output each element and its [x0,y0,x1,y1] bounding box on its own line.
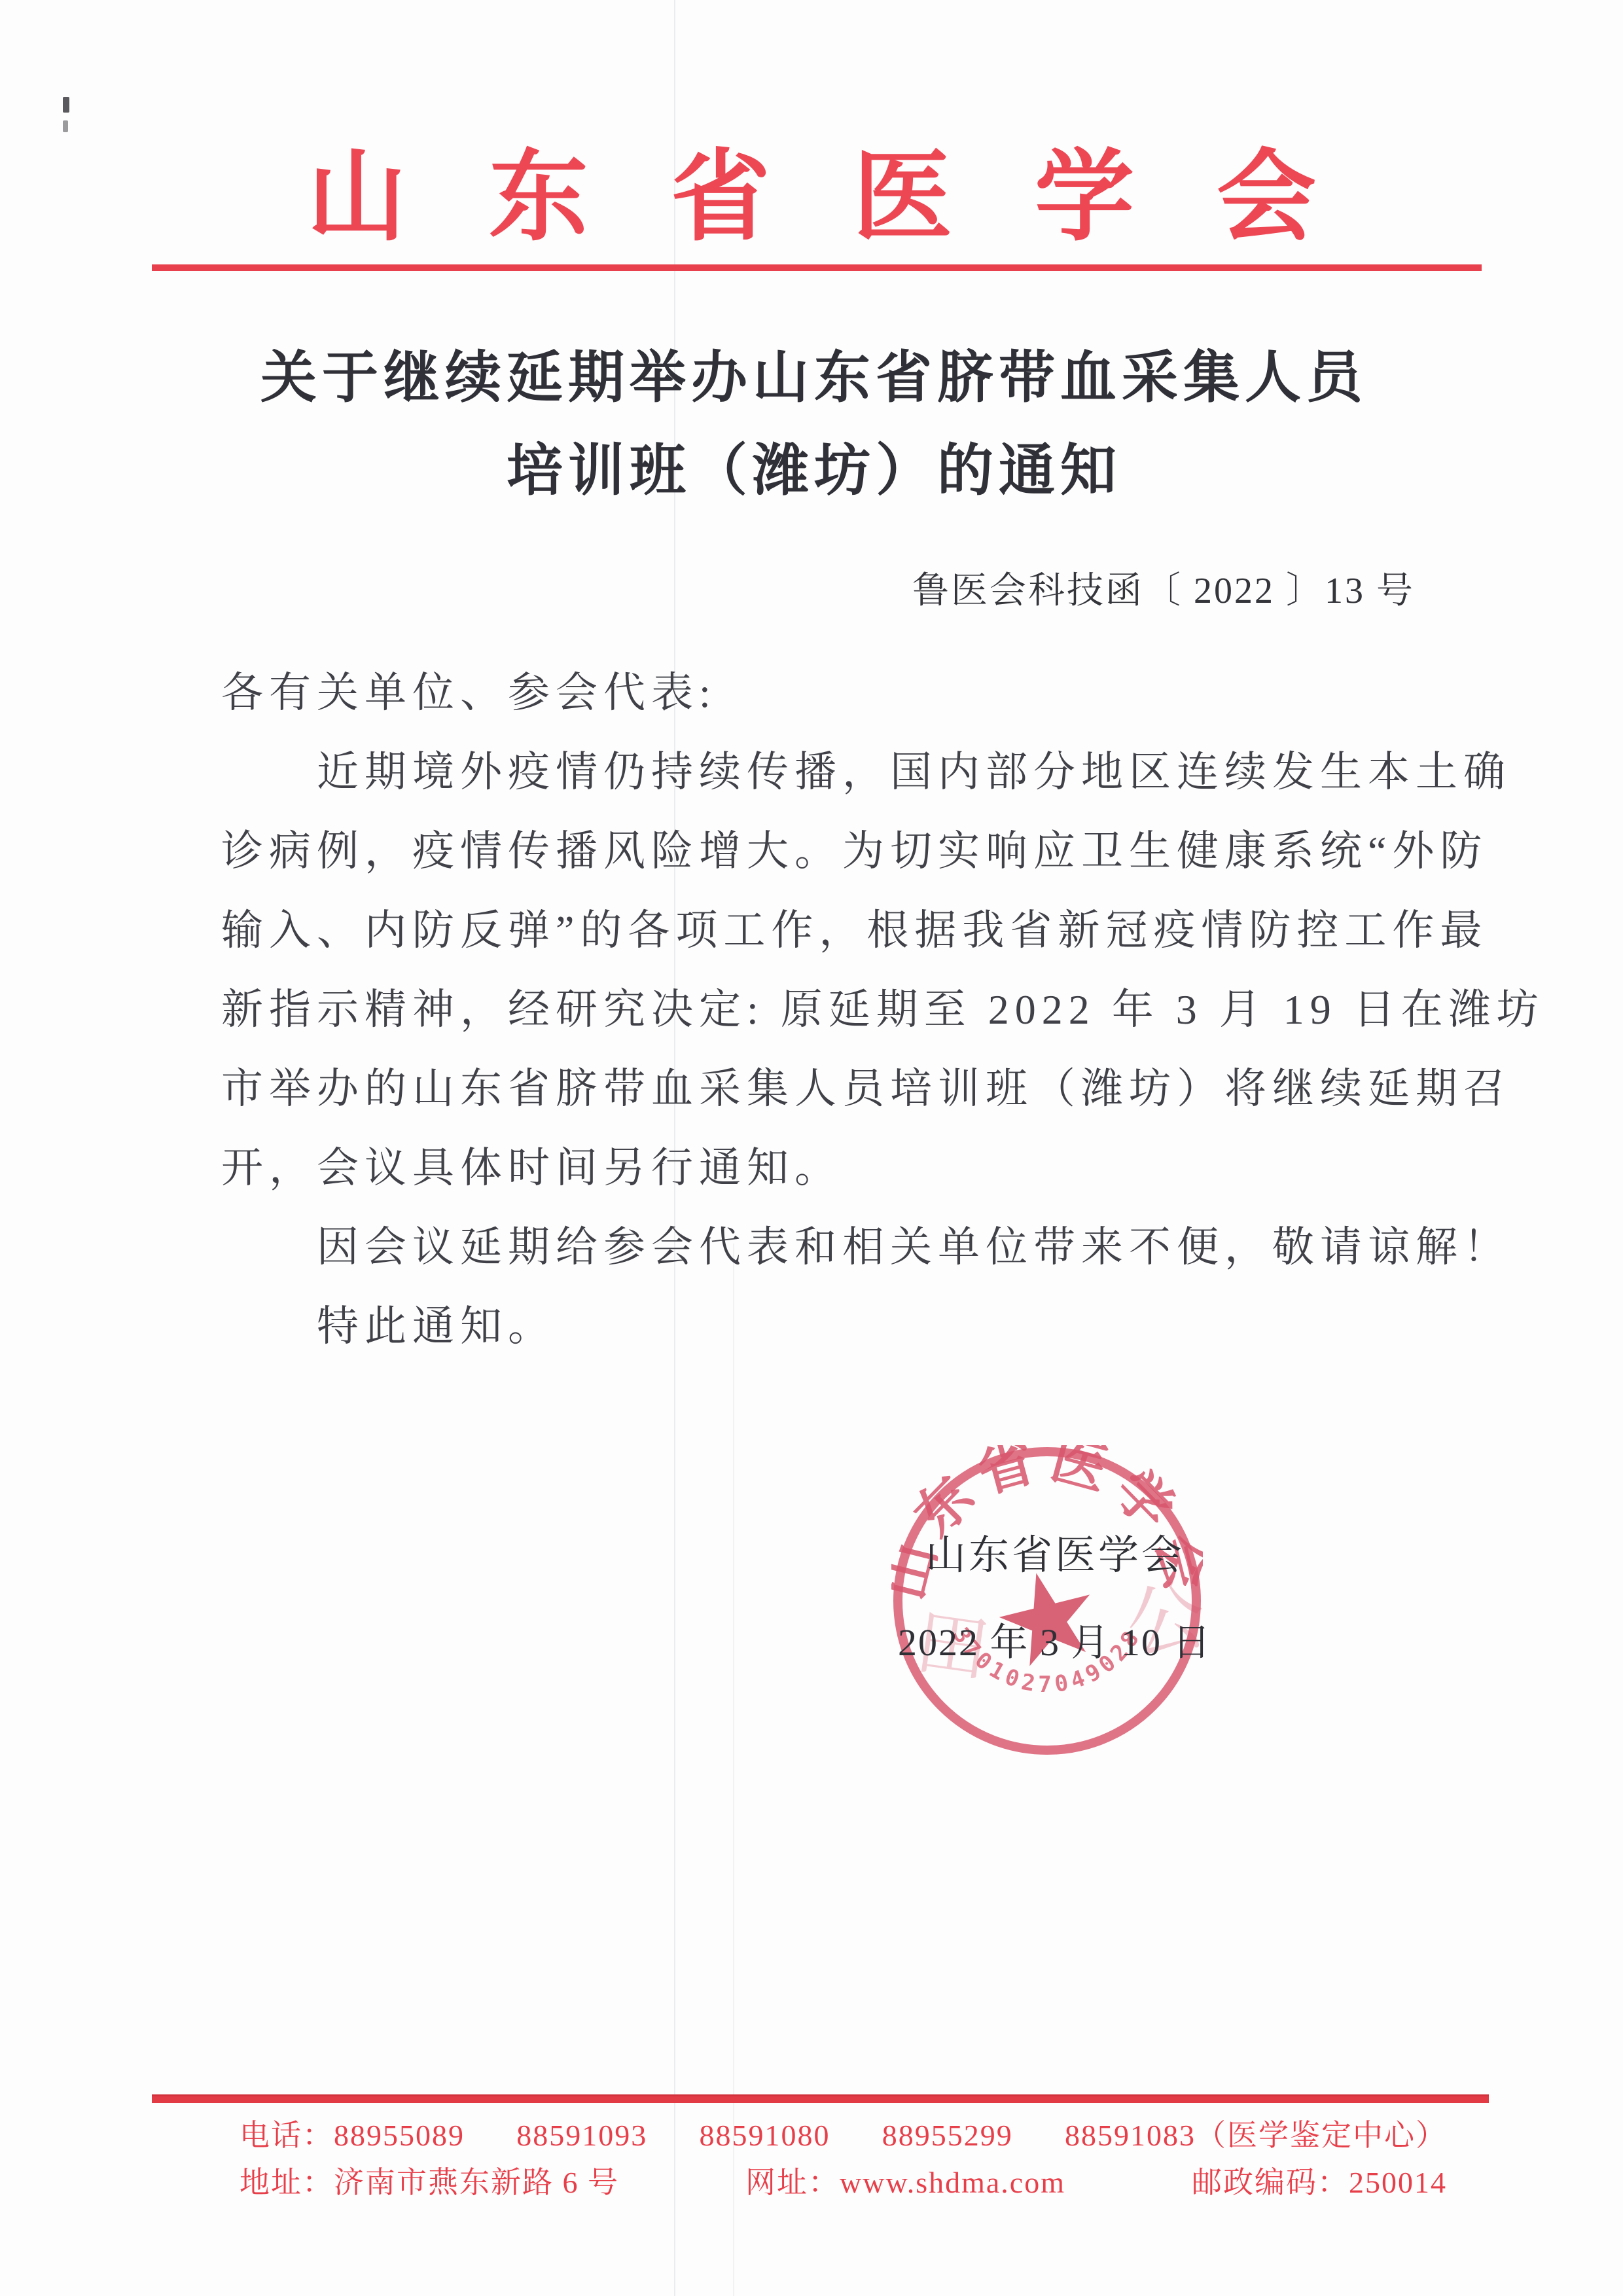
footer-rule [152,2094,1489,2103]
body-line: 因会议延期给参会代表和相关单位带来不便，敬请谅解！ [221,1208,1445,1287]
footer-address: 地址：济南市燕东新路 6 号 [240,2159,619,2202]
body-line: 输入、内防反弹”的各项工作，根据我省新冠疫情防控工作最 [221,891,1445,970]
footer-phone-number-appraisal-center: 88591083（医学鉴定中心） [1065,2111,1447,2155]
document-title: 关于继续延期举办山东省脐带血采集人员 培训班（潍坊）的通知 [0,331,1623,517]
notice-body: 各有关单位、参会代表: 近期境外疫情仍持续传播，国内部分地区连续发生本土确 诊病… [221,653,1445,1366]
letterhead-org-name: 山东省医学会 [0,143,1623,253]
body-line: 特此通知。 [221,1287,1445,1366]
footer-phone-number: 88591093 [516,2118,647,2153]
footer-website: 网址：www.shdma.com [745,2159,1065,2202]
body-line: 诊病例，疫情传播风险增大。为切实响应卫生健康系统“外防 [221,812,1445,891]
scan-speck [63,97,69,113]
signature-org-name: 山东省医学会 [925,1522,1185,1581]
body-line: 市举办的山东省脐带血采集人员培训班（潍坊）将继续延期召 [221,1049,1445,1128]
scanned-notice-page: 山东省医学会 关于继续延期举办山东省脐带血采集人员 培训班（潍坊）的通知 鲁医会… [0,0,1623,2296]
body-line: 近期境外疫情仍持续传播，国内部分地区连续发生本土确 [221,732,1445,812]
footer-phone-number: 88955299 [882,2118,1013,2153]
letterhead-rule [152,264,1482,271]
scan-speck [63,120,68,132]
footer-phone-number: 88591080 [700,2118,830,2153]
document-title-line1: 关于继续延期举办山东省脐带血采集人员 [5,331,1623,424]
footer-address-row: 地址：济南市燕东新路 6 号 网址：www.shdma.com 邮政编码：250… [240,2159,1447,2202]
salutation: 各有关单位、参会代表: [221,653,1445,732]
body-line: 新指示精神，经研究决定: 原延期至 2022 年 3 月 19 日在潍坊 [221,970,1445,1049]
official-seal: 山东省医学会 3701027049028 ★ 田 公 [891,1445,1203,1757]
body-line: 开，会议具体时间另行通知。 [221,1128,1445,1208]
footer-phone-label-and-number: 电话：88955089 [240,2111,465,2155]
document-number: 鲁医会科技函〔 2022 〕13 号 [912,562,1415,614]
footer-postcode: 邮政编码：250014 [1192,2159,1447,2202]
signature-date: 2022 年 3 月 10 日 [898,1611,1212,1666]
footer-phone-row: 电话：88955089 88591093 88591080 88955299 8… [240,2111,1447,2155]
document-title-line2: 培训班（潍坊）的通知 [5,424,1623,517]
